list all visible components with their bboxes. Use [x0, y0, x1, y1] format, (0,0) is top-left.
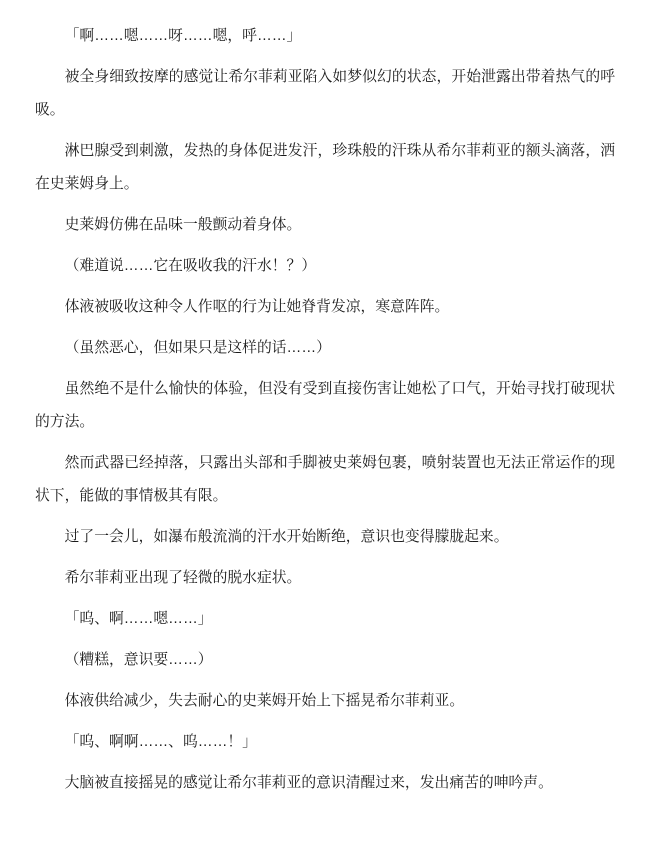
paragraph-dialogue: 「呜、啊……嗯……」	[35, 603, 615, 636]
novel-text-page: 「啊……嗯……呀……嗯，呼……」 被全身细致按摩的感觉让希尔菲莉亚陷入如梦似幻的…	[0, 0, 650, 838]
paragraph-narration: 希尔菲莉亚出现了轻微的脱水症状。	[35, 562, 615, 595]
paragraph-narration: 然而武器已经掉落，只露出头部和手脚被史莱姆包裹，喷射装置也无法正常运作的现状下，…	[35, 447, 615, 513]
paragraph-narration: 史莱姆仿佛在品味一般颤动着身体。	[35, 209, 615, 242]
paragraph-thought: （虽然恶心，但如果只是这样的话……）	[35, 332, 615, 365]
paragraph-narration: 淋巴腺受到刺激，发热的身体促进发汗，珍珠般的汗珠从希尔菲莉亚的额头滴落，洒在史莱…	[35, 135, 615, 201]
paragraph-dialogue: 「呜、啊啊……、呜……！」	[35, 726, 615, 759]
paragraph-narration: 体液被吸收这种令人作呕的行为让她脊背发凉，寒意阵阵。	[35, 291, 615, 324]
paragraph-narration: 过了一会儿，如瀑布般流淌的汗水开始断绝，意识也变得朦胧起来。	[35, 521, 615, 554]
paragraph-thought: （糟糕，意识要……）	[35, 644, 615, 677]
paragraph-narration: 被全身细致按摩的感觉让希尔菲莉亚陷入如梦似幻的状态，开始泄露出带着热气的呼吸。	[35, 61, 615, 127]
paragraph-narration: 体液供给减少，失去耐心的史莱姆开始上下摇晃希尔菲莉亚。	[35, 685, 615, 718]
page: { "page": { "background_color": "#ffffff…	[0, 0, 650, 850]
paragraph-thought: （难道说……它在吸收我的汗水！？）	[35, 250, 615, 283]
paragraph-narration: 大脑被直接摇晃的感觉让希尔菲莉亚的意识清醒过来，发出痛苦的呻吟声。	[35, 767, 615, 800]
paragraph-narration: 虽然绝不是什么愉快的体验，但没有受到直接伤害让她松了口气，开始寻找打破现状的方法…	[35, 373, 615, 439]
paragraph-dialogue: 「啊……嗯……呀……嗯，呼……」	[35, 20, 615, 53]
